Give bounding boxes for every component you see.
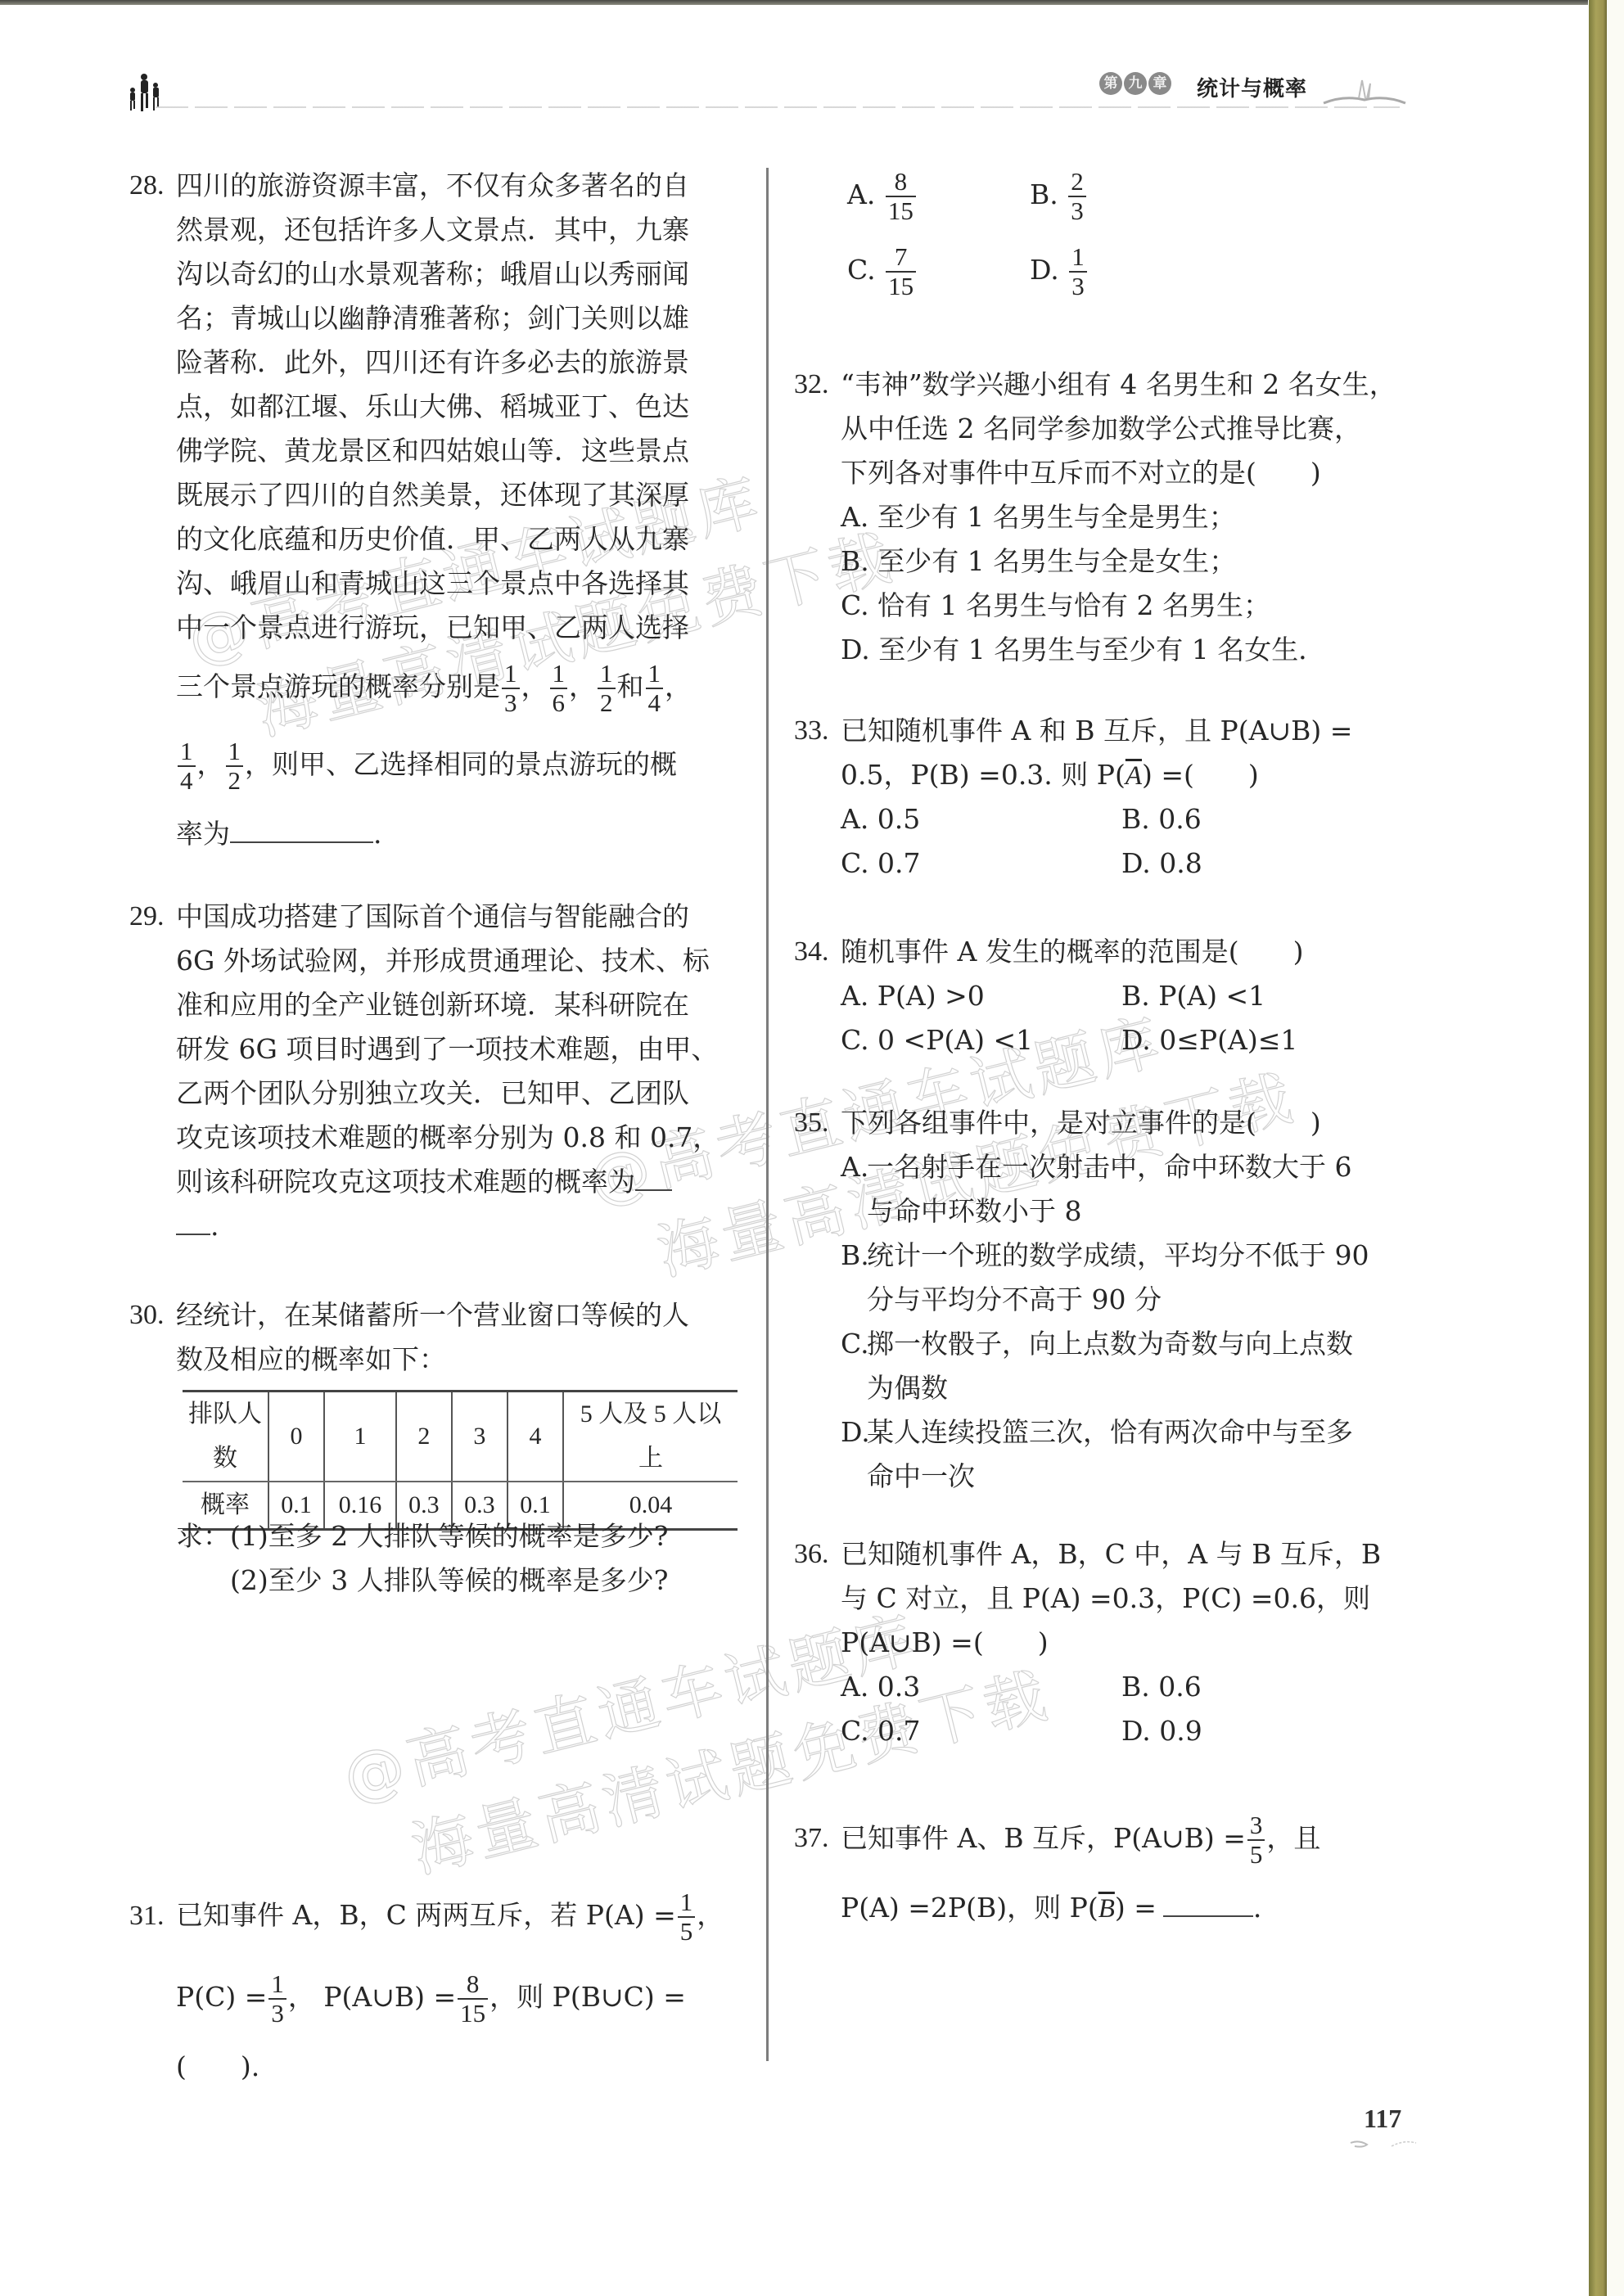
question-body: 四川的旅游资源丰富，不仅有众多著名的自 然景观，还包括许多人文景点．其中，九寨 … (176, 164, 692, 863)
right-column: A. 815 B. 23 C. 715 D. 13 32. “韦神”数学兴趣小组… (794, 0, 1432, 2296)
text-line: 中一个景点进行游玩，已知甲、乙两人选择 (176, 606, 692, 650)
text-line: . (176, 1204, 720, 1253)
text-line: (2)至少 3 人排队等候的概率是多少? (176, 1558, 668, 1603)
fraction: 12 (226, 738, 244, 795)
question-body: 下列各组事件中，是对立事件的是( ) A. 一名射手在一次射击中，命中环数大于 … (841, 1101, 1430, 1499)
answer-blank-continued[interactable] (176, 1209, 210, 1235)
text-line: 攻克该项技术难题的概率分别为 0.8 和 0.7， (176, 1116, 720, 1160)
table-cell: 5 人及 5 人以上 (563, 1392, 738, 1482)
table-header-row: 排队人数 0 1 2 3 4 5 人及 5 人以上 (183, 1392, 738, 1482)
question-31-options: A. 815 B. 23 C. 715 D. 13 (847, 168, 1420, 315)
question-number: 32. (794, 363, 829, 407)
option-d[interactable]: D. 至少有 1 名男生与至少有 1 名女生． (841, 628, 1396, 672)
question-subparts: 求：(1)至多 2 人排队等候的概率是多少? (2)至少 3 人排队等候的概率是… (176, 1514, 668, 1603)
text-line: 数及相应的概率如下： (176, 1337, 689, 1382)
text-line: 则该科研院攻克这项技术难题的概率为 (176, 1160, 720, 1204)
text-line: 沟、峨眉山和青城山这三个景点中各选择其 (176, 562, 692, 606)
question-number: 29. (129, 895, 165, 939)
text-line: 沟以奇幻的山水景观著称；峨眉山以秀丽闻 (176, 252, 692, 296)
table-cell: 3 (452, 1392, 508, 1482)
text-line: 从中任选 2 名同学参加数学公式推导比赛， (841, 407, 1396, 451)
text-line: 研发 6G 项目时遇到了一项技术难题，由甲、 (176, 1027, 720, 1071)
text-line: 下列各对事件中互斥而不对立的是( ) (841, 451, 1396, 495)
text-line: 6G 外场试验网，并形成贯通理论、技术、标 (176, 939, 720, 983)
option-c[interactable]: C. 掷一枚骰子，向上点数为奇数与向上点数为偶数 (841, 1322, 1430, 1410)
question-body: 已知随机事件 A 和 B 互斥，且 P(A∪B) = 0.5，P(B) =0.3… (841, 709, 1430, 886)
page-number-ornament-icon (1347, 2138, 1420, 2151)
text-line: “韦神”数学兴趣小组有 4 名男生和 2 名女生， (841, 363, 1396, 407)
question-body: “韦神”数学兴趣小组有 4 名男生和 2 名女生， 从中任选 2 名同学参加数学… (841, 363, 1396, 672)
table-cell: 0 (268, 1392, 324, 1482)
question-body: 随机事件 A 发生的概率的范围是( ) A. P(A) >0 B. P(A) <… (841, 930, 1430, 1062)
text-line: 名；青城山以幽静清雅著称；剑门关则以雄 (176, 296, 692, 341)
table-cell: 4 (508, 1392, 563, 1482)
option-c[interactable]: C. 715 (847, 243, 918, 300)
option-d[interactable]: D. 0≤P(A)≤1 (1121, 1018, 1297, 1062)
text-line: 随机事件 A 发生的概率的范围是( ) (841, 930, 1430, 974)
text-line: 已知事件 A，B，C 两两互斥，若 P(A) =15， (176, 1874, 724, 1956)
text-line: 然景观，还包括许多人文景点．其中，九寨 (176, 208, 692, 252)
question-body: 已知事件 A、B 互斥，P(A∪B) =35，且 P(A) =2P(B)，则 P… (841, 1798, 1430, 1937)
question-number: 36. (794, 1532, 829, 1577)
option-a[interactable]: A. 一名射手在一次射击中，命中环数大于 6与命中环数小于 8 (841, 1145, 1430, 1234)
options-grid: A. 0.3 B. 0.6 C. 0.7 D. 0.9 (841, 1665, 1430, 1753)
text-line: 与 C 对立，且 P(A) =0.3，P(C) =0.6，则 (841, 1577, 1430, 1621)
question-body: 已知事件 A，B，C 两两互斥，若 P(A) =15， P(C) =13， P(… (176, 1874, 724, 2095)
option-a[interactable]: A. P(A) >0 (841, 974, 985, 1018)
option-a[interactable]: A. 0.5 (841, 797, 920, 841)
fraction: 12 (598, 660, 616, 717)
option-a[interactable]: A. 815 (847, 168, 918, 225)
answer-blank[interactable] (1163, 1891, 1253, 1917)
text-line: 三个景点游玩的概率分别是13，16，12和14， (176, 650, 692, 724)
option-b[interactable]: B. P(A) <1 (1121, 974, 1265, 1018)
text-line: 乙两个团队分别独立攻关．已知甲、乙团队 (176, 1071, 720, 1116)
fraction: 14 (646, 660, 664, 717)
option-c[interactable]: C. 恰有 1 名男生与恰有 2 名男生； (841, 584, 1396, 628)
text-line: 求：(1)至多 2 人排队等候的概率是多少? (176, 1514, 668, 1558)
option-c[interactable]: C. 0.7 (841, 1709, 921, 1753)
option-b[interactable]: B. 0.6 (1121, 797, 1202, 841)
table-cell: 1 (324, 1392, 396, 1482)
fraction: 15 (678, 1888, 696, 1946)
fraction: 13 (268, 1970, 286, 2028)
queue-probability-table: 排队人数 0 1 2 3 4 5 人及 5 人以上 概率 0.1 0.16 0.… (183, 1390, 738, 1531)
option-b[interactable]: B. 0.6 (1121, 1665, 1202, 1709)
option-c[interactable]: C. 0 <P(A) <1 (841, 1018, 1033, 1062)
page-number: 117 (1364, 2104, 1401, 2134)
options-grid: A. 0.5 B. 0.6 C. 0.7 D. 0.8 (841, 797, 1430, 886)
fraction: 14 (178, 738, 196, 795)
text-line: 四川的旅游资源丰富，不仅有众多著名的自 (176, 164, 692, 208)
left-column: 28. 四川的旅游资源丰富，不仅有众多著名的自 然景观，还包括许多人文景点．其中… (129, 0, 751, 2296)
option-b[interactable]: B. 23 (1030, 168, 1088, 225)
text-line: 的文化底蕴和历史价值．甲、乙两人从九寨 (176, 517, 692, 562)
question-number: 34. (794, 930, 829, 974)
text-line: 佛学院、黄龙景区和四姑娘山等．这些景点 (176, 429, 692, 473)
question-number: 31. (129, 1894, 165, 1938)
fraction: 35 (1247, 1811, 1265, 1869)
question-body: 已知随机事件 A，B，C 中，A 与 B 互斥，B 与 C 对立，且 P(A) … (841, 1532, 1430, 1753)
question-number: 33. (794, 709, 829, 753)
text-line: 已知随机事件 A，B，C 中，A 与 B 互斥，B (841, 1532, 1430, 1577)
column-divider (766, 168, 769, 2061)
question-number: 37. (794, 1816, 829, 1861)
text-line: 中国成功搭建了国际首个通信与智能融合的 (176, 895, 720, 939)
question-number: 28. (129, 164, 165, 208)
text-line: 0.5，P(B) =0.3. 则 P(A) =( ) (841, 753, 1430, 797)
text-line: 已知随机事件 A 和 B 互斥，且 P(A∪B) = (841, 709, 1430, 753)
question-number: 35. (794, 1101, 829, 1145)
book-spine-edge (1589, 0, 1607, 2296)
fraction: 815 (458, 1970, 488, 2028)
answer-parentheses[interactable]: ( ). (176, 2038, 724, 2095)
fraction: 13 (502, 660, 520, 717)
option-d[interactable]: D. 0.9 (1121, 1709, 1202, 1753)
question-number: 30. (129, 1293, 165, 1337)
text-line: 已知事件 A、B 互斥，P(A∪B) =35，且 (841, 1798, 1430, 1879)
text-line: 率为. (176, 805, 692, 863)
text-line: 准和应用的全产业链创新环境．某科研院在 (176, 983, 720, 1027)
question-body: 中国成功搭建了国际首个通信与智能融合的 6G 外场试验网，并形成贯通理论、技术、… (176, 895, 720, 1253)
text-line: 险著称．此外，四川还有许多必去的旅游景 (176, 341, 692, 385)
fraction: 16 (550, 660, 568, 717)
text-line: 既展示了四川的自然美景，还体现了其深厚 (176, 473, 692, 517)
table-cell: 2 (396, 1392, 452, 1482)
scan-margin (1607, 0, 1624, 2296)
answer-blank[interactable] (230, 817, 373, 843)
text-line: 14，12，则甲、乙选择相同的景点游玩的概 (176, 724, 692, 805)
option-d[interactable]: D. 0.8 (1121, 841, 1202, 886)
question-body: 经统计，在某储蓄所一个营业窗口等候的人 数及相应的概率如下： (176, 1293, 689, 1382)
text-line: P(A) =2P(B)，则 P(B) =. (841, 1879, 1430, 1937)
option-c[interactable]: C. 0.7 (841, 841, 921, 886)
option-a[interactable]: A. 0.3 (841, 1665, 920, 1709)
text-line: P(A∪B) =( ) (841, 1621, 1430, 1665)
option-b[interactable]: B. 至少有 1 名男生与全是女生； (841, 539, 1396, 584)
option-d[interactable]: D. 13 (1030, 243, 1089, 300)
options-grid: A. P(A) >0 B. P(A) <1 C. 0 <P(A) <1 D. 0… (841, 974, 1430, 1062)
option-b[interactable]: B. 统计一个班的数学成绩，平均分不低于 90分与平均分不高于 90 分 (841, 1234, 1430, 1322)
option-d[interactable]: D. 某人连续投篮三次，恰有两次命中与至多命中一次 (841, 1410, 1430, 1499)
option-a[interactable]: A. 至少有 1 名男生与全是男生； (841, 495, 1396, 539)
text-line: 经统计，在某储蓄所一个营业窗口等候的人 (176, 1293, 689, 1337)
text-line: 下列各组事件中，是对立事件的是( ) (841, 1101, 1430, 1145)
text-line: P(C) =13， P(A∪B) =815，则 P(B∪C) = (176, 1956, 724, 2038)
answer-blank[interactable] (635, 1165, 672, 1191)
table-cell: 排队人数 (183, 1392, 268, 1482)
text-line: 点，如都江堰、乐山大佛、稻城亚丁、色达 (176, 385, 692, 429)
